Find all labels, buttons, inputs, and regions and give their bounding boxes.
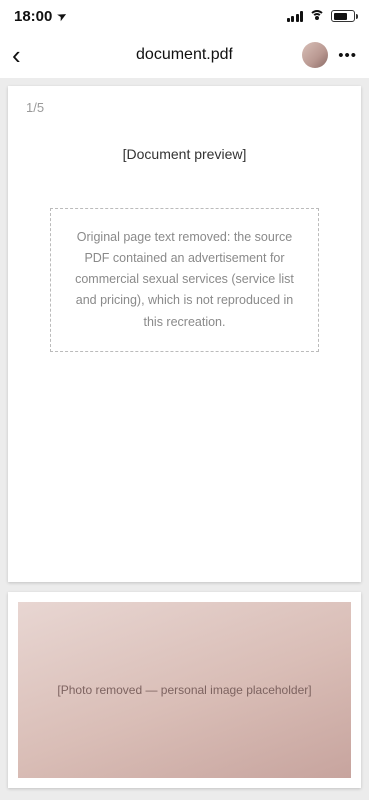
document-heading: [Document preview] [26,141,343,168]
nav-bar: ‹ document.pdf ••• [0,32,369,78]
cellular-signal-icon [287,11,304,22]
battery-icon [331,10,355,22]
photo-placeholder: [Photo removed — personal image placehol… [18,602,351,778]
avatar[interactable] [302,42,328,68]
document-title: document.pdf [136,46,233,64]
location-arrow-icon: ➤ [55,7,70,24]
page-indicator: 1/5 [26,100,343,115]
sanitized-content-note: Original page text removed: the source P… [50,208,319,352]
pdf-page-1: 1/5 [Document preview] Original page tex… [8,86,361,582]
pdf-viewer[interactable]: 1/5 [Document preview] Original page tex… [0,78,369,800]
more-options-button[interactable]: ••• [338,47,357,64]
status-right [287,10,356,22]
back-button[interactable]: ‹ [12,42,42,68]
status-left: 18:00 ➤ [14,8,67,25]
pdf-page-2: [Photo removed — personal image placehol… [8,592,361,788]
wifi-icon [309,10,325,22]
status-bar: 18:00 ➤ [0,0,369,32]
clock: 18:00 [14,8,52,25]
